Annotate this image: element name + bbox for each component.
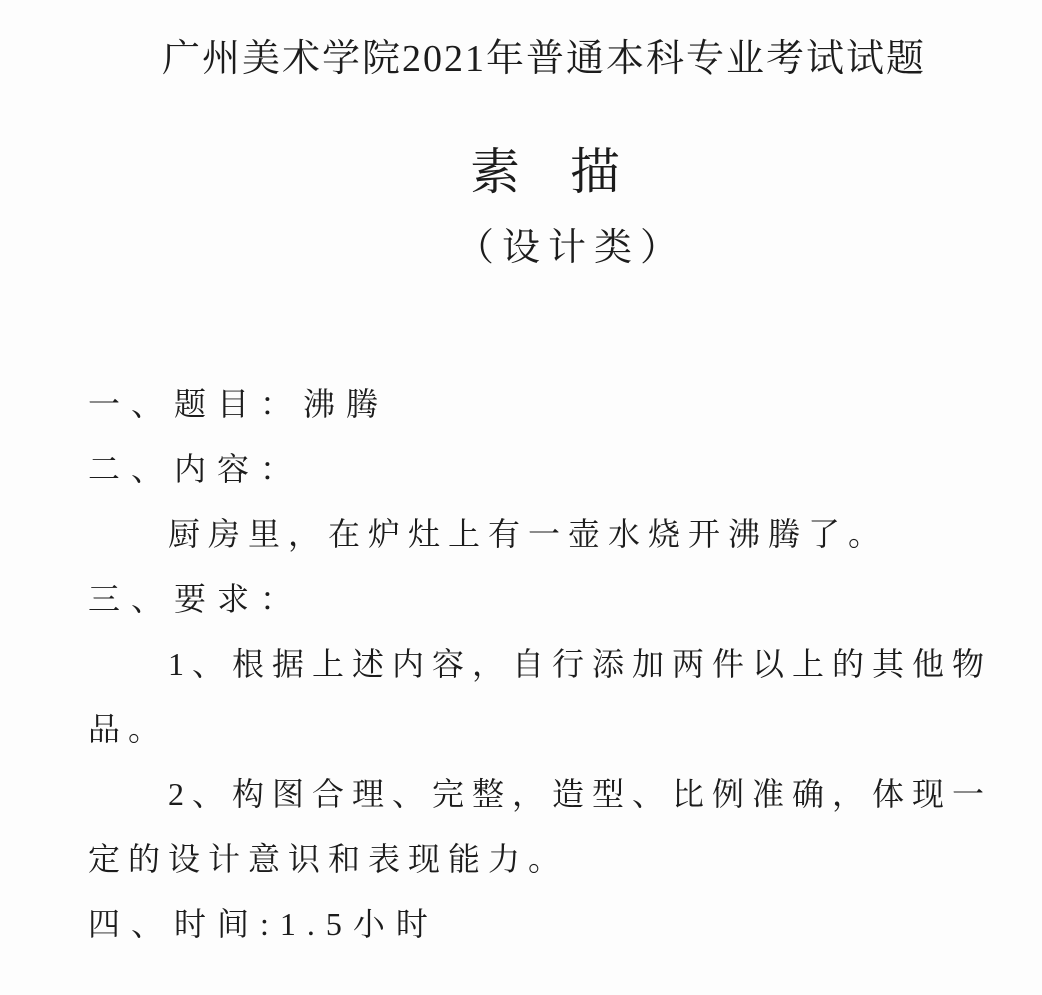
body-line-requirement-2b: 定的设计意识和表现能力。 bbox=[88, 830, 1012, 895]
exam-category-label: （设计类） bbox=[50, 216, 1042, 271]
body-line-requirement-1b: 品。 bbox=[88, 700, 1012, 765]
body-line-requirements-heading: 三、要求： bbox=[88, 570, 1012, 635]
exam-paper-page: 广州美术学院2021年普通本科专业考试试题 素 描 （设计类） 一、题目：沸腾 … bbox=[0, 0, 1042, 995]
exam-paper-title: 广州美术学院2021年普通本科专业考试试题 bbox=[23, 0, 1042, 82]
body-line-content-text: 厨房里，在炉灶上有一壶水烧开沸腾了。 bbox=[88, 505, 1012, 570]
body-line-topic: 一、题目：沸腾 bbox=[88, 375, 1012, 440]
exam-body: 一、题目：沸腾 二、内容： 厨房里，在炉灶上有一壶水烧开沸腾了。 三、要求： 1… bbox=[88, 375, 1012, 960]
body-line-requirement-1a: 1、根据上述内容，自行添加两件以上的其他物 bbox=[88, 635, 1012, 700]
body-line-content-heading: 二、内容： bbox=[88, 440, 1012, 505]
exam-subject-name: 素 描 bbox=[24, 132, 1042, 204]
body-line-requirement-2a: 2、构图合理、完整，造型、比例准确，体现一 bbox=[88, 765, 1012, 830]
body-line-time: 四、时间:1.5小时 bbox=[88, 895, 1012, 960]
